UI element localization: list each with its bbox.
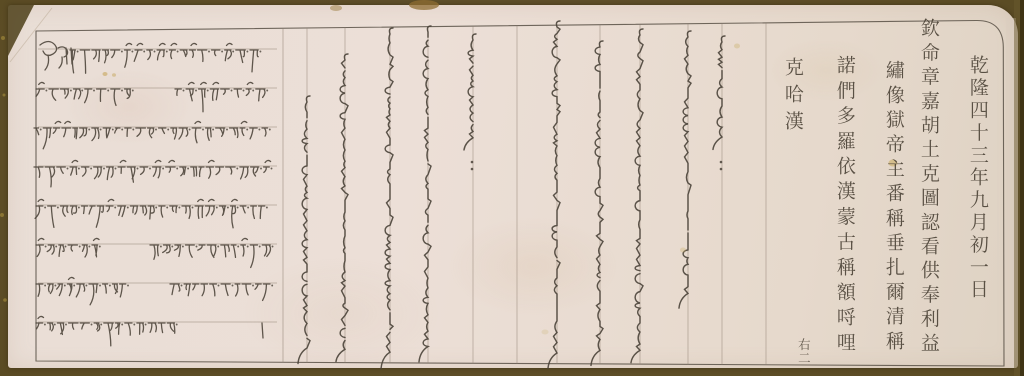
mongolian-punctuation-dot (471, 168, 474, 171)
tibetan-line (35, 199, 265, 227)
mongolian-script-column (548, 21, 560, 368)
stain (889, 160, 898, 167)
tibetan-line (36, 316, 263, 345)
mongolian-punctuation-dot (720, 168, 723, 171)
mongolian-script-column (419, 26, 431, 362)
stain (330, 5, 342, 11)
mongolian-punctuation-dot (720, 161, 723, 164)
mongolian-script-column (464, 34, 476, 150)
tibetan-line (40, 42, 258, 74)
mongolian-script-column (298, 96, 310, 364)
stain (734, 44, 740, 49)
tibetan-line (36, 82, 265, 111)
cover-gold-fleck (0, 213, 4, 217)
stain (112, 73, 116, 77)
tibetan-line (36, 238, 270, 267)
stain (680, 248, 686, 253)
cover-gold-fleck (1, 36, 5, 40)
stain (409, 0, 439, 10)
cover-gold-fleck (3, 298, 7, 302)
mongolian-script-column (679, 31, 691, 308)
page-border (36, 20, 1004, 366)
mongolian-panel (283, 21, 766, 369)
tibetan-line (36, 277, 270, 304)
tibetan-line (34, 160, 271, 186)
page-edges (0, 0, 1024, 376)
manuscript-art (0, 0, 1024, 376)
mongolian-punctuation-dot (471, 161, 474, 164)
stain (103, 72, 108, 76)
cover-right-edge (1020, 0, 1024, 376)
mongolian-script-column (591, 41, 603, 365)
tibetan-line (34, 121, 268, 148)
mongolian-script-column (381, 28, 393, 369)
mongolian-script-column (713, 36, 725, 149)
mongolian-script-column (631, 29, 643, 363)
tibetan-panel (34, 42, 277, 346)
mongolian-script-column (336, 54, 348, 362)
stain (542, 330, 549, 335)
cover-gold-fleck (3, 94, 6, 97)
